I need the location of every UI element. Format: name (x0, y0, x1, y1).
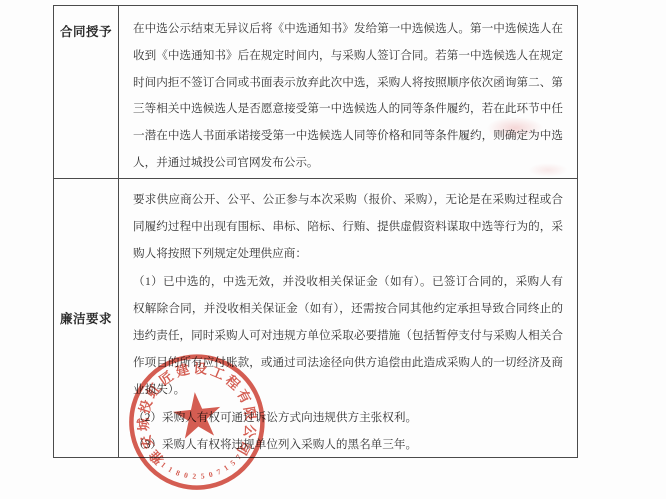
row-header-contract-award: 合同授予 (54, 6, 119, 178)
text-line: 业损失）。 (133, 376, 563, 403)
text-line: 收到《中选通知书》后在规定时间内，与采购人签订合同。若第一中选候选人在规定 (133, 43, 563, 70)
text-line: 时间内拒不签订合同或书面表示放弃此次中选，采购人将按照顺序依次函询第二、第 (133, 70, 563, 97)
cell-contract-award-content: 在中选公示结束无异议后将《中选通知书》发给第一中选候选人。第一中选候选人在 收到… (119, 6, 577, 178)
text-line: 违约责任，同时采购人可对违规方单位采取必要措施（包括暂停支付与采购人相关合 (133, 322, 563, 349)
text-line: 购人将按照下列规定处理供应商： (133, 240, 563, 267)
row-header-label: 合同授予 (60, 22, 112, 40)
text-line: 作项目的所有应付账款，或通过司法途径向供方追偿由此造成采购人的一切经济及商 (133, 349, 563, 376)
row-header-label: 廉洁要求 (60, 309, 112, 327)
text-line: 人，并通过城投公司官网发布公示。 (133, 150, 563, 177)
text-line: （2）采购人有权可通过诉讼方式向违规供方主张权利。 (133, 404, 563, 431)
text-line: 一潜在中选人书面承诺接受第一中选候选人同等价格和同等条件履约，则确定为中选 (133, 123, 563, 150)
text-line: （1）已中选的，中选无效，并没收相关保证金（如有）。已签订合同的，采购人有 (133, 268, 563, 295)
text-line: （3）采购人有权将违规单位列入采购人的黑名单三年。 (133, 431, 563, 458)
text-line: 要求供应商公开、公平、公正参与本次采购（报价、采购），无论是在采购过程或合 (133, 186, 563, 213)
row-header-integrity-requirements: 廉洁要求 (54, 179, 119, 457)
text-line: 三等相关中选候选人是否愿意接受第一中选候选人的同等条件履约，若在此环节中任 (133, 96, 563, 123)
document-table: 合同授予 在中选公示结束无异议后将《中选通知书》发给第一中选候选人。第一中选候选… (53, 5, 578, 458)
cell-integrity-content: 要求供应商公开、公平、公正参与本次采购（报价、采购），无论是在采购过程或合 同履… (119, 179, 577, 457)
scanned-document-page: { "document": { "table": { "rows": [ { "… (0, 0, 666, 499)
text-line: 同履约过程中出现有围标、串标、陪标、行贿、提供虚假资料谋取中选等行为的，采 (133, 213, 563, 240)
text-line: 在中选公示结束无异议后将《中选通知书》发给第一中选候选人。第一中选候选人在 (133, 16, 563, 43)
text-line: 权解除合同，并没收相关保证金（如有），还需按合同其他约定承担导致合同终止的 (133, 295, 563, 322)
table-row-integrity-requirements: 廉洁要求 要求供应商公开、公平、公正参与本次采购（报价、采购），无论是在采购过程… (54, 179, 577, 457)
table-row-contract-award: 合同授予 在中选公示结束无异议后将《中选通知书》发给第一中选候选人。第一中选候选… (54, 6, 577, 179)
